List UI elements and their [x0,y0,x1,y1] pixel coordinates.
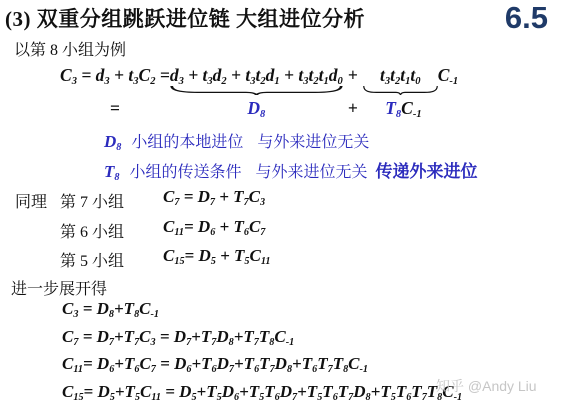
underbrace-t8 [363,86,438,95]
group2: t3t2t1t0 C-1 [363,64,458,95]
analogy-formula-6: C11= D6 + T6C7 [163,217,265,237]
row2-equals: = [60,96,170,120]
expansion-label: 进一步展开得 [11,276,107,299]
t8-term: T8C-1 [363,96,458,120]
note-t8-indep: 与外来进位无关 [256,164,368,181]
expansion-line-c7: C7 = D7+T7C3 = D7+T7D8+T7T8C-1 [62,327,294,347]
watermark: 知乎 @Andy Liu [436,376,537,396]
lecture-slide: (3) 双重分组跳跃进位链 大组进位分析 6.5 以第 8 小组为例 C3 = … [0,0,564,414]
group2-expression: t3t2t1t0 [380,64,421,86]
note-d8-desc: 小组的本地进位 [131,134,243,151]
analogy-formula-5: C15= D5 + T5C11 [163,246,270,266]
expansion-line-c11: C11= D6+T6C7 = D6+T6D7+T6T7D8+T6T7T8C-1 [62,354,368,374]
t8-label: T8 [385,98,401,118]
group1-expression: d3 + t3d2 + t3t2d1 + t3t2t1d0 [170,64,343,86]
derivation-lhs: C3 = d3 + t3C2 = [60,64,170,95]
t8-label-tail: C-1 [401,98,421,118]
note-t8-extra: 传递外来进位 [376,162,478,181]
analogy-group-6: 第 6 小组 [60,219,124,242]
note-t8: T8小组的传送条件与外来进位无关传递外来进位 [104,157,478,182]
section-number: 6.5 [505,0,548,36]
analogy-group-5: 第 5 小组 [60,248,124,271]
carry-derivation: C3 = d3 + t3C2 = d3 + t3d2 + t3t2d1 + t3… [60,64,458,120]
note-d8-indep: 与外来进位无关 [257,134,369,151]
expansion-line-c15: C15= D5+T5C11 = D5+T5D6+T5T6D7+T5T6T7D8+… [62,382,462,402]
expansion-line-c3: C3 = D8+T8C-1 [62,299,159,319]
note-t8-symbol: T8 [104,162,119,181]
group2-tail: C-1 [438,64,458,86]
note-d8: D8小组的本地进位与外来进位无关 [104,129,369,152]
analogy-label: 同理 [15,189,47,212]
mid-plus: + [343,64,363,95]
note-d8-symbol: D8 [104,132,121,151]
analogy-group-7: 第 7 小组 [60,189,124,212]
note-t8-desc: 小组的传送条件 [129,164,241,181]
group1: d3 + t3d2 + t3t2d1 + t3t2t1d0 [170,64,343,95]
page-title: (3) 双重分组跳跃进位链 大组进位分析 [5,3,365,33]
d8-label: D8 [170,96,343,120]
underbrace-d8 [170,86,343,95]
intro-line: 以第 8 小组为例 [14,37,126,60]
analogy-formula-7: C7 = D7 + T7C3 [163,187,265,207]
row2-plus: + [343,96,363,120]
